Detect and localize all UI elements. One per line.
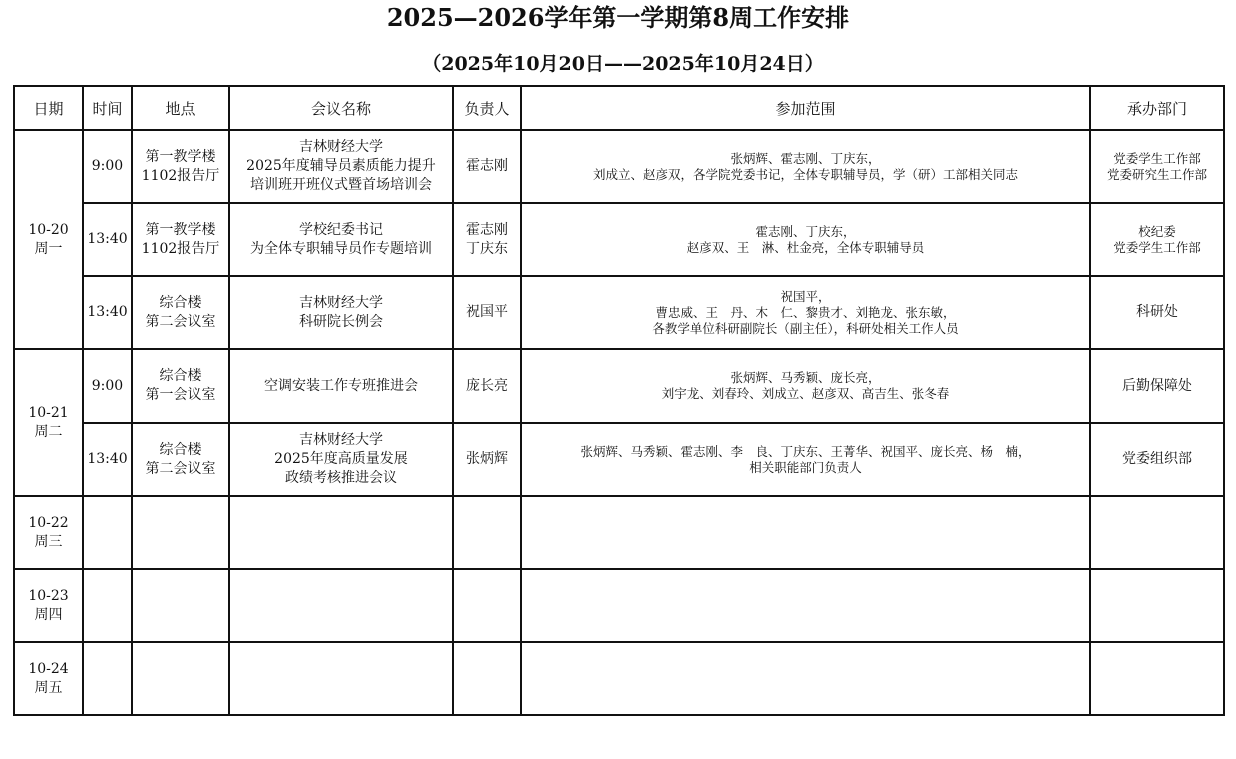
location-cell: 第一教学楼 1102报告厅: [132, 130, 229, 203]
table-row: 13:40 综合楼 第二会议室 吉林财经大学 2025年度高质量发展 政绩考核推…: [14, 423, 1224, 496]
location-cell: [132, 496, 229, 569]
attendees-cell: 张炳辉、马秀颖、庞长亮， 刘宇龙、刘春玲、刘成立、赵彦双、高吉生、张冬春: [521, 349, 1090, 423]
meeting-name-line: 培训班开班仪式暨首场培训会: [230, 176, 452, 195]
location-line: 1102报告厅: [133, 167, 228, 186]
date-label: 10-21: [15, 404, 82, 423]
time-cell: 13:40: [83, 276, 132, 349]
header-row: 日期 时间 地点 会议名称 负责人 参加范围 承办部门: [14, 86, 1224, 130]
table-row: 13:40 第一教学楼 1102报告厅 学校纪委书记 为全体专职辅导员作专题培训…: [14, 203, 1224, 276]
leader-name: 庞长亮: [454, 377, 520, 396]
leader-cell: [453, 569, 521, 642]
leader-name: 祝国平: [454, 303, 520, 322]
location-line: 第一教学楼: [133, 148, 228, 167]
schedule-table: 日期 时间 地点 会议名称 负责人 参加范围 承办部门 10-20 周一 9:0…: [13, 85, 1225, 716]
table-row: 10-20 周一 9:00 第一教学楼 1102报告厅 吉林财经大学 2025年…: [14, 130, 1224, 203]
leader-cell: 张炳辉: [453, 423, 521, 496]
attendees-cell: 张炳辉、霍志刚、丁庆东， 刘成立、赵彦双，各学院党委书记，全体专职辅导员，学（研…: [521, 130, 1090, 203]
leader-cell: 祝国平: [453, 276, 521, 349]
date-cell: 10-23 周四: [14, 569, 83, 642]
weekday-label: 周四: [15, 606, 82, 625]
location-cell: 综合楼 第一会议室: [132, 349, 229, 423]
department-line: 党委研究生工作部: [1091, 167, 1223, 183]
header-meeting-name: 会议名称: [229, 86, 453, 130]
leader-cell: 霍志刚 丁庆东: [453, 203, 521, 276]
attendees-cell: [521, 642, 1090, 715]
date-cell: 10-20 周一: [14, 130, 83, 349]
time-cell: 9:00: [83, 349, 132, 423]
department-line: 校纪委: [1091, 224, 1223, 240]
meeting-name-cell: 空调安装工作专班推进会: [229, 349, 453, 423]
date-label: 10-24: [15, 660, 82, 679]
department-cell: 党委学生工作部 党委研究生工作部: [1090, 130, 1224, 203]
meeting-name-cell: [229, 496, 453, 569]
attendees-line: 赵彦双、王 淋、杜金亮，全体专职辅导员: [522, 240, 1089, 256]
date-label: 10-22: [15, 514, 82, 533]
leader-name: 张炳辉: [454, 450, 520, 469]
date-label: 10-20: [15, 221, 82, 240]
department-line: 党委组织部: [1091, 450, 1223, 469]
department-cell: 党委组织部: [1090, 423, 1224, 496]
page-title: 2025—2026学年第一学期第8周工作安排: [0, 2, 1236, 34]
date-label: 10-23: [15, 587, 82, 606]
leader-cell: 庞长亮: [453, 349, 521, 423]
department-line: 党委学生工作部: [1091, 151, 1223, 167]
department-cell: [1090, 569, 1224, 642]
weekday-label: 周三: [15, 533, 82, 552]
meeting-name-line: 吉林财经大学: [230, 294, 452, 313]
location-cell: 综合楼 第二会议室: [132, 423, 229, 496]
meeting-name-line: 学校纪委书记: [230, 221, 452, 240]
weekday-label: 周一: [15, 240, 82, 259]
meeting-name-line: 吉林财经大学: [230, 431, 452, 450]
location-line: 1102报告厅: [133, 240, 228, 259]
location-line: 综合楼: [133, 367, 228, 386]
date-cell: 10-22 周三: [14, 496, 83, 569]
attendees-cell: 霍志刚、丁庆东， 赵彦双、王 淋、杜金亮，全体专职辅导员: [521, 203, 1090, 276]
meeting-name-cell: 吉林财经大学 科研院长例会: [229, 276, 453, 349]
meeting-name-line: 2025年度高质量发展: [230, 450, 452, 469]
date-cell: 10-21 周二: [14, 349, 83, 496]
meeting-name-cell: 吉林财经大学 2025年度高质量发展 政绩考核推进会议: [229, 423, 453, 496]
location-cell: 第一教学楼 1102报告厅: [132, 203, 229, 276]
table-row: 13:40 综合楼 第二会议室 吉林财经大学 科研院长例会 祝国平 祝国平， 曹…: [14, 276, 1224, 349]
attendees-line: 张炳辉、霍志刚、丁庆东，: [522, 151, 1089, 167]
attendees-cell: 张炳辉、马秀颖、霍志刚、李 良、丁庆东、王菁华、祝国平、庞长亮、杨 楠， 相关职…: [521, 423, 1090, 496]
meeting-name-line: 为全体专职辅导员作专题培训: [230, 240, 452, 259]
attendees-cell: [521, 496, 1090, 569]
location-cell: 综合楼 第二会议室: [132, 276, 229, 349]
leader-cell: [453, 642, 521, 715]
weekday-label: 周二: [15, 423, 82, 442]
attendees-line: 刘宇龙、刘春玲、刘成立、赵彦双、高吉生、张冬春: [522, 386, 1089, 402]
leader-name: 丁庆东: [454, 240, 520, 259]
attendees-line: 霍志刚、丁庆东，: [522, 224, 1089, 240]
department-cell: 校纪委 党委学生工作部: [1090, 203, 1224, 276]
attendees-line: 刘成立、赵彦双，各学院党委书记，全体专职辅导员，学（研）工部相关同志: [522, 167, 1089, 183]
header-time: 时间: [83, 86, 132, 130]
weekday-label: 周五: [15, 679, 82, 698]
department-cell: 科研处: [1090, 276, 1224, 349]
attendees-line: 曹忠威、王 丹、木 仁、黎贵才、刘艳龙、张东敏，: [522, 305, 1089, 321]
department-line: 科研处: [1091, 303, 1223, 322]
time-cell: 13:40: [83, 423, 132, 496]
attendees-cell: 祝国平， 曹忠威、王 丹、木 仁、黎贵才、刘艳龙、张东敏， 各教学单位科研副院长…: [521, 276, 1090, 349]
department-line: 后勤保障处: [1091, 377, 1223, 396]
meeting-name-line: 政绩考核推进会议: [230, 469, 452, 488]
attendees-line: 祝国平，: [522, 289, 1089, 305]
time-cell: [83, 642, 132, 715]
department-cell: [1090, 642, 1224, 715]
meeting-name-cell: 吉林财经大学 2025年度辅导员素质能力提升 培训班开班仪式暨首场培训会: [229, 130, 453, 203]
table-row: 10-23 周四: [14, 569, 1224, 642]
header-attendees: 参加范围: [521, 86, 1090, 130]
meeting-name-line: 空调安装工作专班推进会: [230, 377, 452, 396]
department-line: 党委学生工作部: [1091, 240, 1223, 256]
table-row: 10-21 周二 9:00 综合楼 第一会议室 空调安装工作专班推进会 庞长亮 …: [14, 349, 1224, 423]
meeting-name-line: 科研院长例会: [230, 313, 452, 332]
meeting-name-line: 吉林财经大学: [230, 138, 452, 157]
attendees-cell: [521, 569, 1090, 642]
meeting-name-cell: [229, 642, 453, 715]
time-cell: 9:00: [83, 130, 132, 203]
time-cell: [83, 569, 132, 642]
header-leader: 负责人: [453, 86, 521, 130]
date-range-subtitle: （2025年10月20日——2025年10月24日）: [0, 50, 1236, 78]
location-line: 综合楼: [133, 294, 228, 313]
table-row: 10-24 周五: [14, 642, 1224, 715]
attendees-line: 各教学单位科研副院长（副主任），科研处相关工作人员: [522, 321, 1089, 337]
location-line: 第二会议室: [133, 313, 228, 332]
meeting-name-cell: [229, 569, 453, 642]
time-cell: 13:40: [83, 203, 132, 276]
time-cell: [83, 496, 132, 569]
header-department: 承办部门: [1090, 86, 1224, 130]
attendees-line: 张炳辉、马秀颖、霍志刚、李 良、丁庆东、王菁华、祝国平、庞长亮、杨 楠，: [522, 444, 1089, 460]
location-cell: [132, 642, 229, 715]
location-line: 第一教学楼: [133, 221, 228, 240]
attendees-line: 张炳辉、马秀颖、庞长亮，: [522, 370, 1089, 386]
location-cell: [132, 569, 229, 642]
date-cell: 10-24 周五: [14, 642, 83, 715]
leader-name: 霍志刚: [454, 221, 520, 240]
location-line: 第二会议室: [133, 460, 228, 479]
meeting-name-cell: 学校纪委书记 为全体专职辅导员作专题培训: [229, 203, 453, 276]
header-location: 地点: [132, 86, 229, 130]
department-cell: [1090, 496, 1224, 569]
location-line: 综合楼: [133, 441, 228, 460]
attendees-line: 相关职能部门负责人: [522, 460, 1089, 476]
header-date: 日期: [14, 86, 83, 130]
location-line: 第一会议室: [133, 386, 228, 405]
leader-name: 霍志刚: [454, 157, 520, 176]
table-row: 10-22 周三: [14, 496, 1224, 569]
leader-cell: [453, 496, 521, 569]
meeting-name-line: 2025年度辅导员素质能力提升: [230, 157, 452, 176]
department-cell: 后勤保障处: [1090, 349, 1224, 423]
leader-cell: 霍志刚: [453, 130, 521, 203]
